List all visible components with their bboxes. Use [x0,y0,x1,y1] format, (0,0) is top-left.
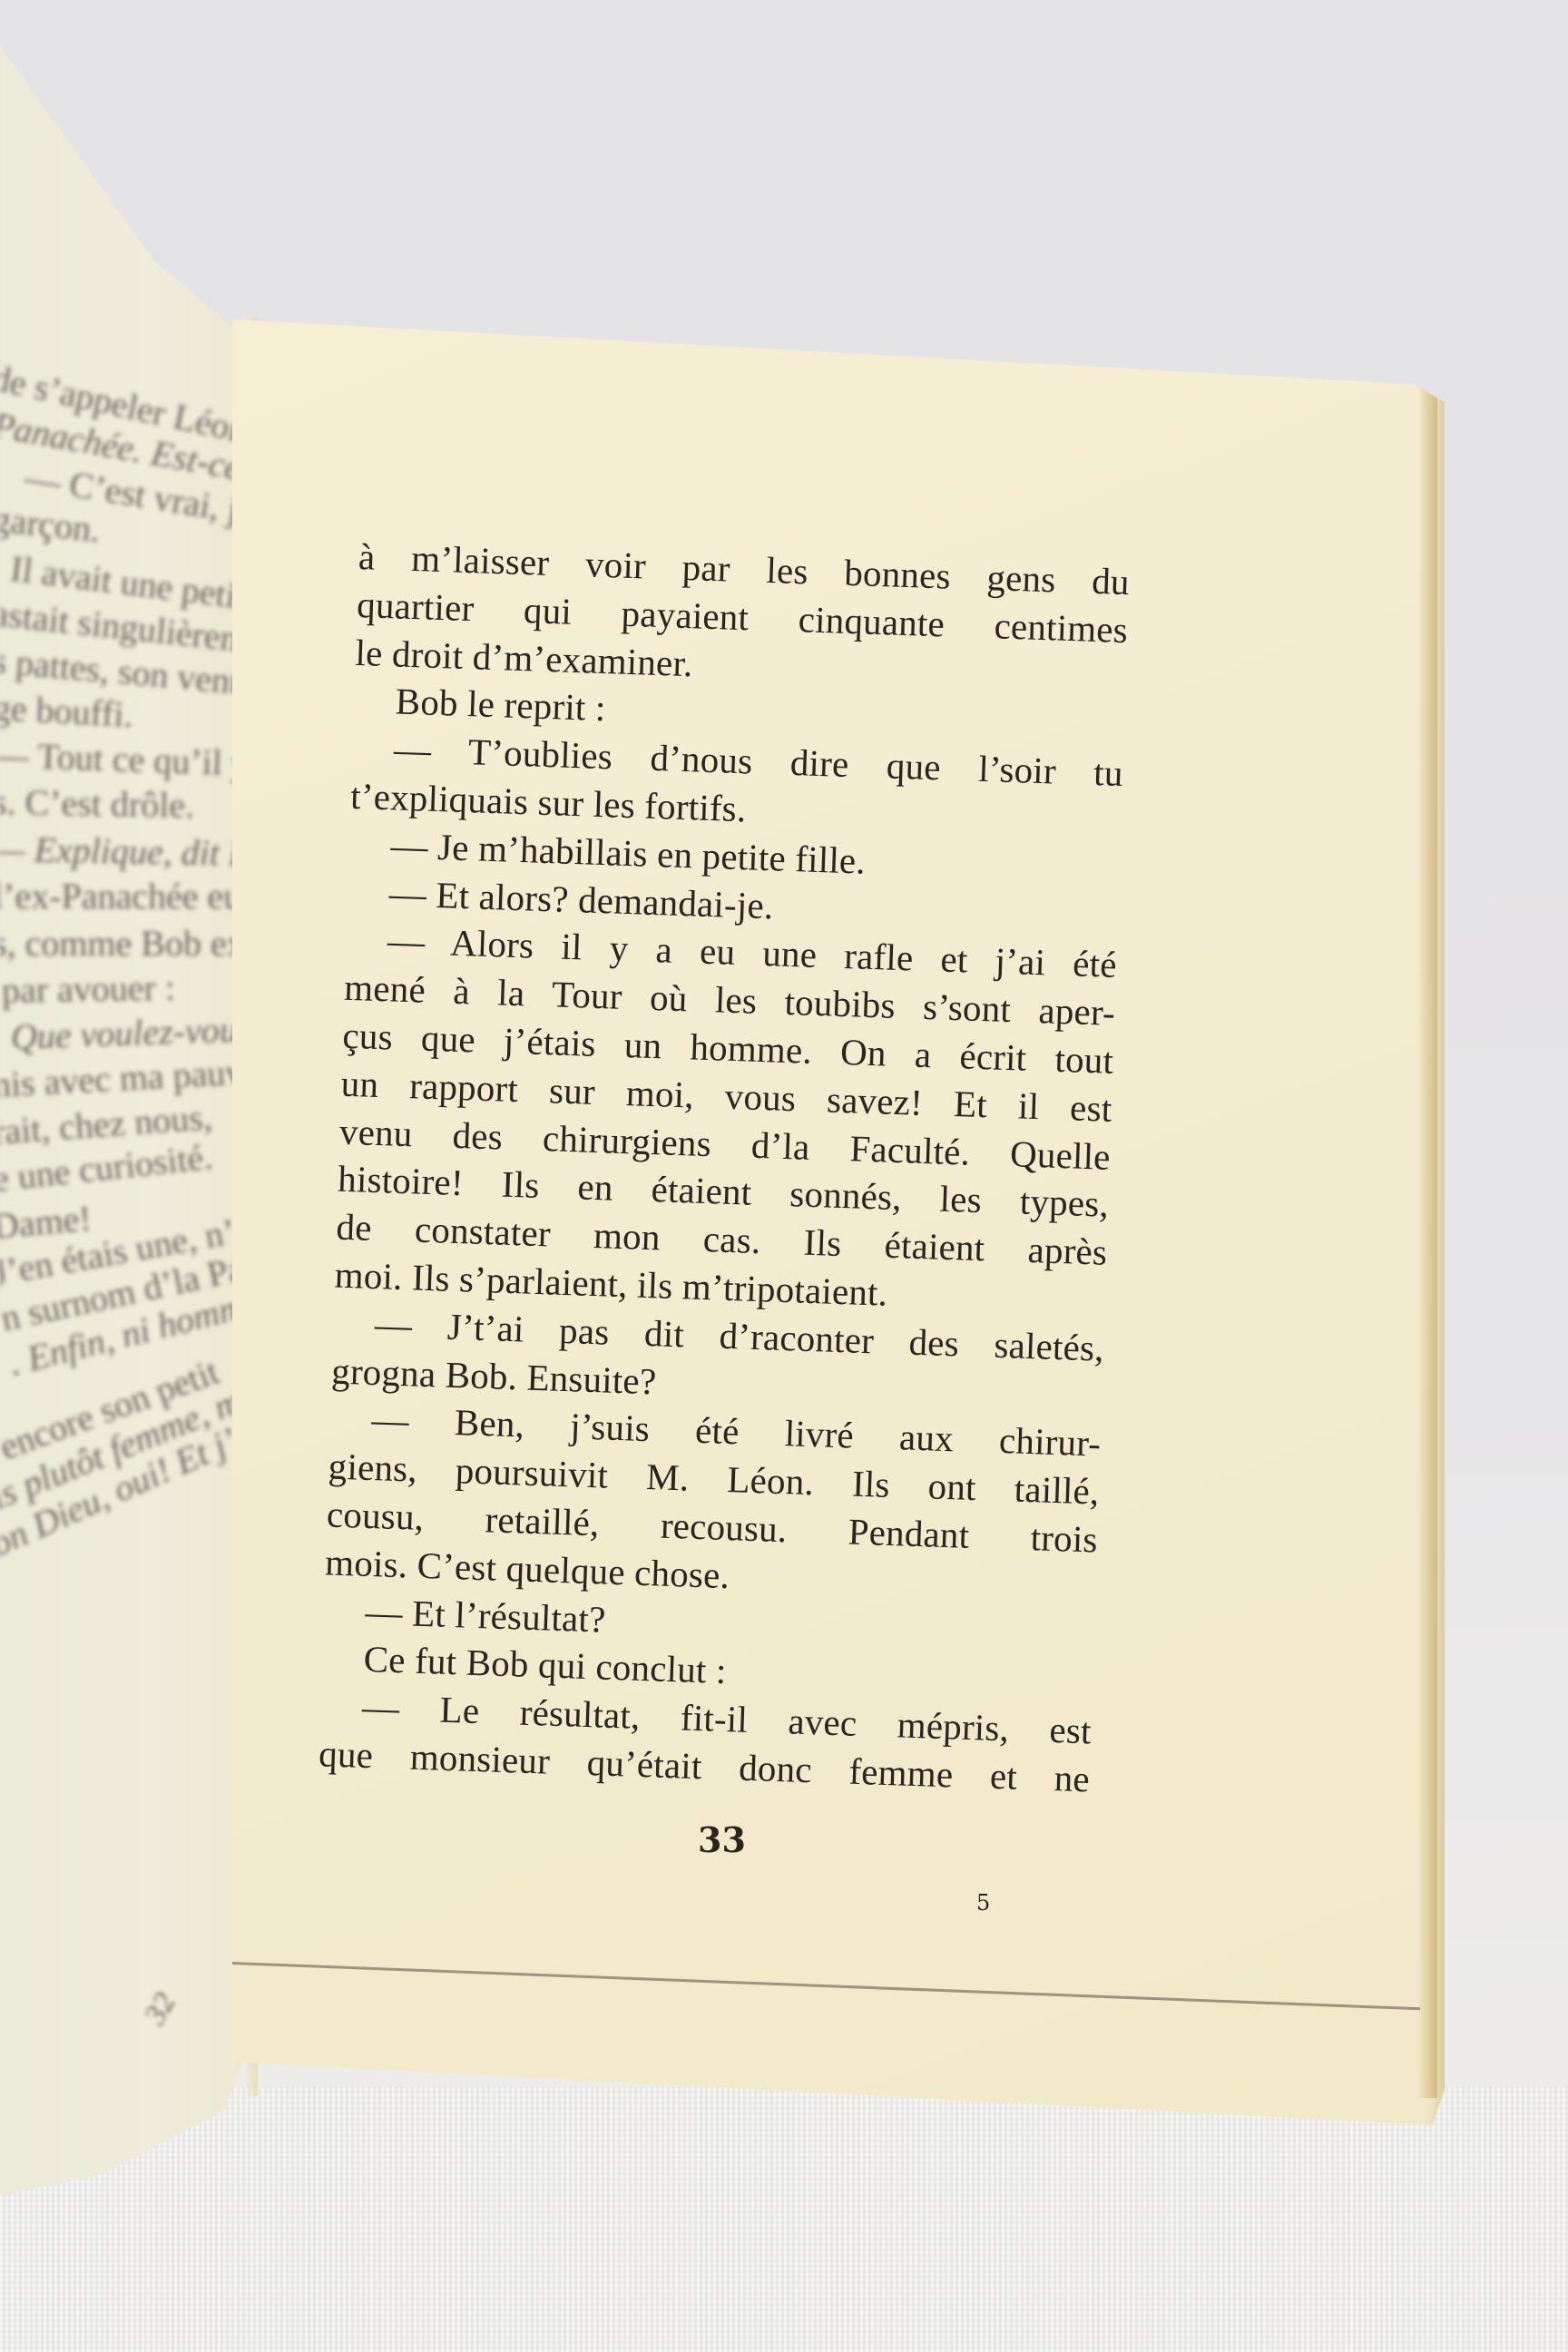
table-surface [0,2087,1568,2352]
left-page-line: — Explique, dit Bob. [0,826,256,877]
left-page-line: l’ex-Panachée eut un [0,873,256,920]
left-page-text: de s’appeler Léon, mais Panachée. Est-ce… [0,354,256,1570]
page-number: 33 [698,1819,746,1860]
left-page-number: 32 [138,1987,183,2031]
left-page-line: s. C’est drôle. [0,779,256,830]
right-page: à m’laisser voir par les bonnes gens du … [232,319,1445,2125]
left-page-line: s, comme Bob exigeait [0,920,256,967]
left-page: de s’appeler Léon, mais Panachée. Est-ce… [0,45,256,2196]
page-body-text: à m’laisser voir par les bonnes gens du … [318,533,1130,1803]
signature-mark: 5 [976,1890,990,1916]
